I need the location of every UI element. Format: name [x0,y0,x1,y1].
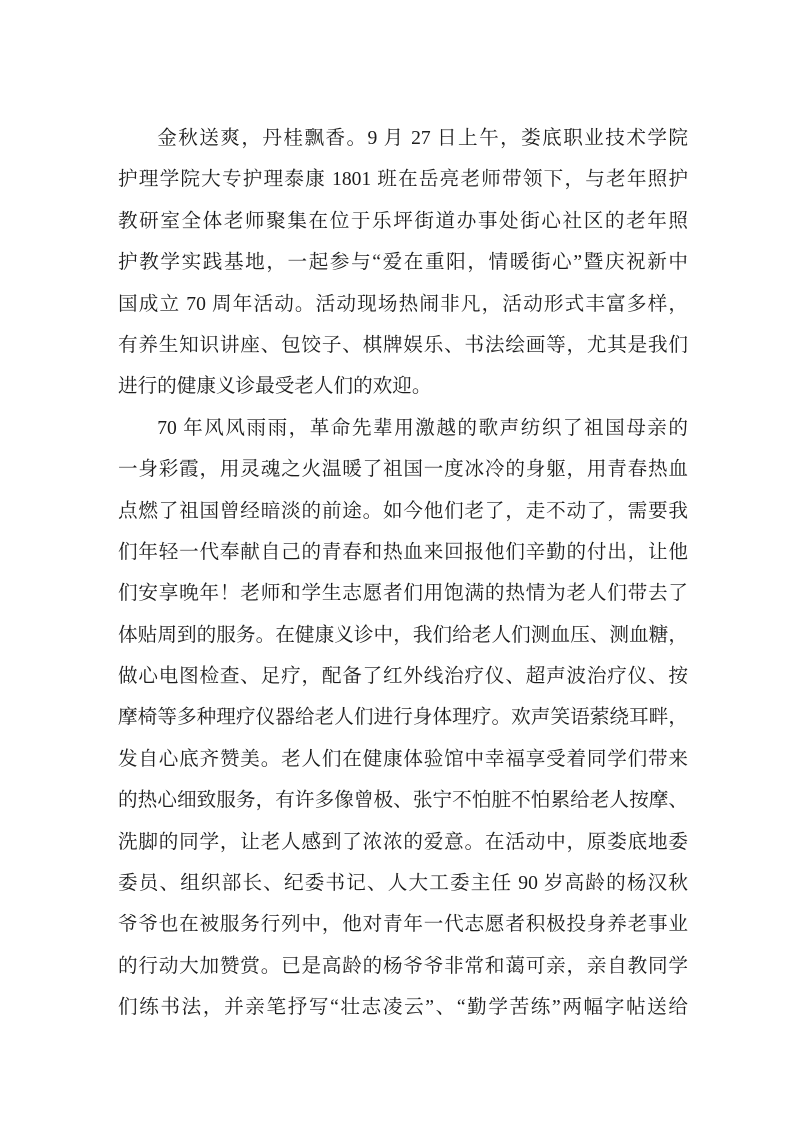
document-page: 金秋送爽，丹桂飘香。9 月 27 日上午，娄底职业技术学院 护理学院大专护理泰康… [0,0,793,1122]
text-line: 发自心底齐赞美。老人们在健康体验馆中幸福享受着同学们带来 [118,739,688,780]
text-line: 摩椅等多种理疗仪器给老人们进行身体理疗。欢声笑语萦绕耳畔， [118,697,688,738]
paragraph-2: 70 年风风雨雨，革命先辈用激越的歌声纺织了祖国母亲的 一身彩霞，用灵魂之火温暖… [118,408,688,1029]
text-line: 护理学院大专护理泰康 1801 班在岳亮老师带领下，与老年照护 [118,159,688,200]
text-line: 有养生知识讲座、包饺子、棋牌娱乐、书法绘画等，尤其是我们 [118,325,688,366]
text-line: 做心电图检查、足疗，配备了红外线治疗仪、超声波治疗仪、按 [118,656,688,697]
text-line: 洗脚的同学，让老人感到了浓浓的爱意。在活动中，原娄底地委 [118,822,688,863]
text-line: 体贴周到的服务。在健康义诊中，我们给老人们测血压、测血糖， [118,615,688,656]
text-line: 委员、组织部长、纪委书记、人大工委主任 90 岁高龄的杨汉秋 [118,863,688,904]
text-line: 金秋送爽，丹桂飘香。9 月 27 日上午，娄底职业技术学院 [118,118,688,159]
paragraph-1: 金秋送爽，丹桂飘香。9 月 27 日上午，娄底职业技术学院 护理学院大专护理泰康… [118,118,688,408]
text-line: 进行的健康义诊最受老人们的欢迎。 [118,366,688,407]
text-line: 爷爷也在被服务行列中，他对青年一代志愿者积极投身养老事业 [118,904,688,945]
text-line: 一身彩霞，用灵魂之火温暖了祖国一度冰冷的身躯，用青春热血 [118,449,688,490]
text-line: 教研室全体老师聚集在位于乐坪街道办事处街心社区的老年照 [118,201,688,242]
text-line: 护教学实践基地，一起参与“爱在重阳，情暖街心”暨庆祝新中 [118,242,688,283]
text-line: 点燃了祖国曾经暗淡的前途。如今他们老了，走不动了，需要我 [118,491,688,532]
text-line: 国成立 70 周年活动。活动现场热闹非凡，活动形式丰富多样， [118,284,688,325]
text-line: 的行动大加赞赏。已是高龄的杨爷爷非常和蔼可亲，亲自教同学 [118,946,688,987]
text-line: 们安享晚年！老师和学生志愿者们用饱满的热情为老人们带去了 [118,573,688,614]
text-line: 70 年风风雨雨，革命先辈用激越的歌声纺织了祖国母亲的 [118,408,688,449]
text-line: 的热心细致服务，有许多像曾极、张宁不怕脏不怕累给老人按摩、 [118,780,688,821]
document-text-block: 金秋送爽，丹桂飘香。9 月 27 日上午，娄底职业技术学院 护理学院大专护理泰康… [118,118,688,1029]
text-line: 们年轻一代奉献自己的青春和热血来回报他们辛勤的付出，让他 [118,532,688,573]
text-line: 们练书法，并亲笔抒写“壮志凌云”、“勤学苦练”两幅字帖送给 [118,987,688,1028]
